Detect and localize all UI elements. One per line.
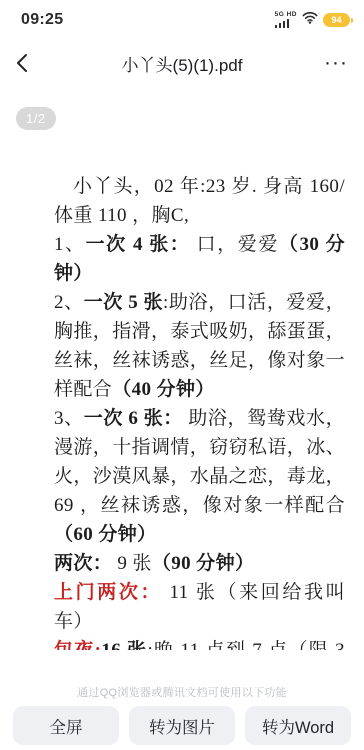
document-title: 小丫头(5)(1).pdf	[122, 51, 243, 76]
convert-to-word-button[interactable]: 转为Word	[245, 706, 351, 745]
doc-paragraph: 上门两次： 11 张（来回给我叫车）	[54, 578, 345, 636]
battery-icon: 94	[323, 13, 350, 27]
doc-paragraph: 小丫头，02 年:23 岁. 身高 160/体重 110 ，胸C,	[54, 172, 345, 230]
signal-strength-icon: 5G HD	[275, 12, 297, 29]
footer-button-bar: 全屏 转为图片 转为Word	[13, 706, 351, 745]
doc-paragraph: 2、一次 5 张:助浴，口活，爱爱，胸推，指滑，泰式吸奶，舔蛋蛋，丝袜，丝袜诱惑…	[54, 288, 345, 404]
doc-paragraph: 1、一次 4 张： 口，爱爱（30 分钟）	[54, 230, 345, 288]
convert-to-image-button[interactable]: 转为图片	[129, 706, 235, 745]
page-indicator-badge: 1/2	[16, 107, 56, 130]
status-bar: 09:25 5G HD 94	[0, 0, 364, 38]
network-type-label: 5G HD	[275, 12, 297, 19]
status-icons: 5G HD 94	[275, 11, 350, 29]
back-icon[interactable]	[16, 53, 44, 73]
doc-paragraph: 3、一次 6 张： 助浴，鸳鸯戏水，漫游，十指调情，窃窃私语，冰、火，沙漠风暴，…	[54, 404, 345, 549]
document-text[interactable]: 小丫头，02 年:23 岁. 身高 160/体重 110 ，胸C,1、一次 4 …	[0, 172, 364, 650]
signal-bars-icon	[275, 19, 290, 28]
doc-paragraph: 包夜:16 张:晚 11 点到 7 点（限 3 次）	[54, 636, 345, 650]
battery-percent: 94	[331, 15, 341, 25]
doc-paragraph: 两次： 9 张（90 分钟）	[54, 549, 345, 578]
wifi-icon	[302, 11, 318, 29]
footer-hint-text: 通过QQ浏览器或腾讯文档可使用以下功能	[0, 684, 364, 700]
header-bar: 小丫头(5)(1).pdf ···	[0, 38, 364, 88]
fullscreen-button[interactable]: 全屏	[13, 706, 119, 745]
clock-time: 09:25	[21, 11, 63, 29]
more-menu-icon[interactable]: ···	[320, 58, 348, 68]
